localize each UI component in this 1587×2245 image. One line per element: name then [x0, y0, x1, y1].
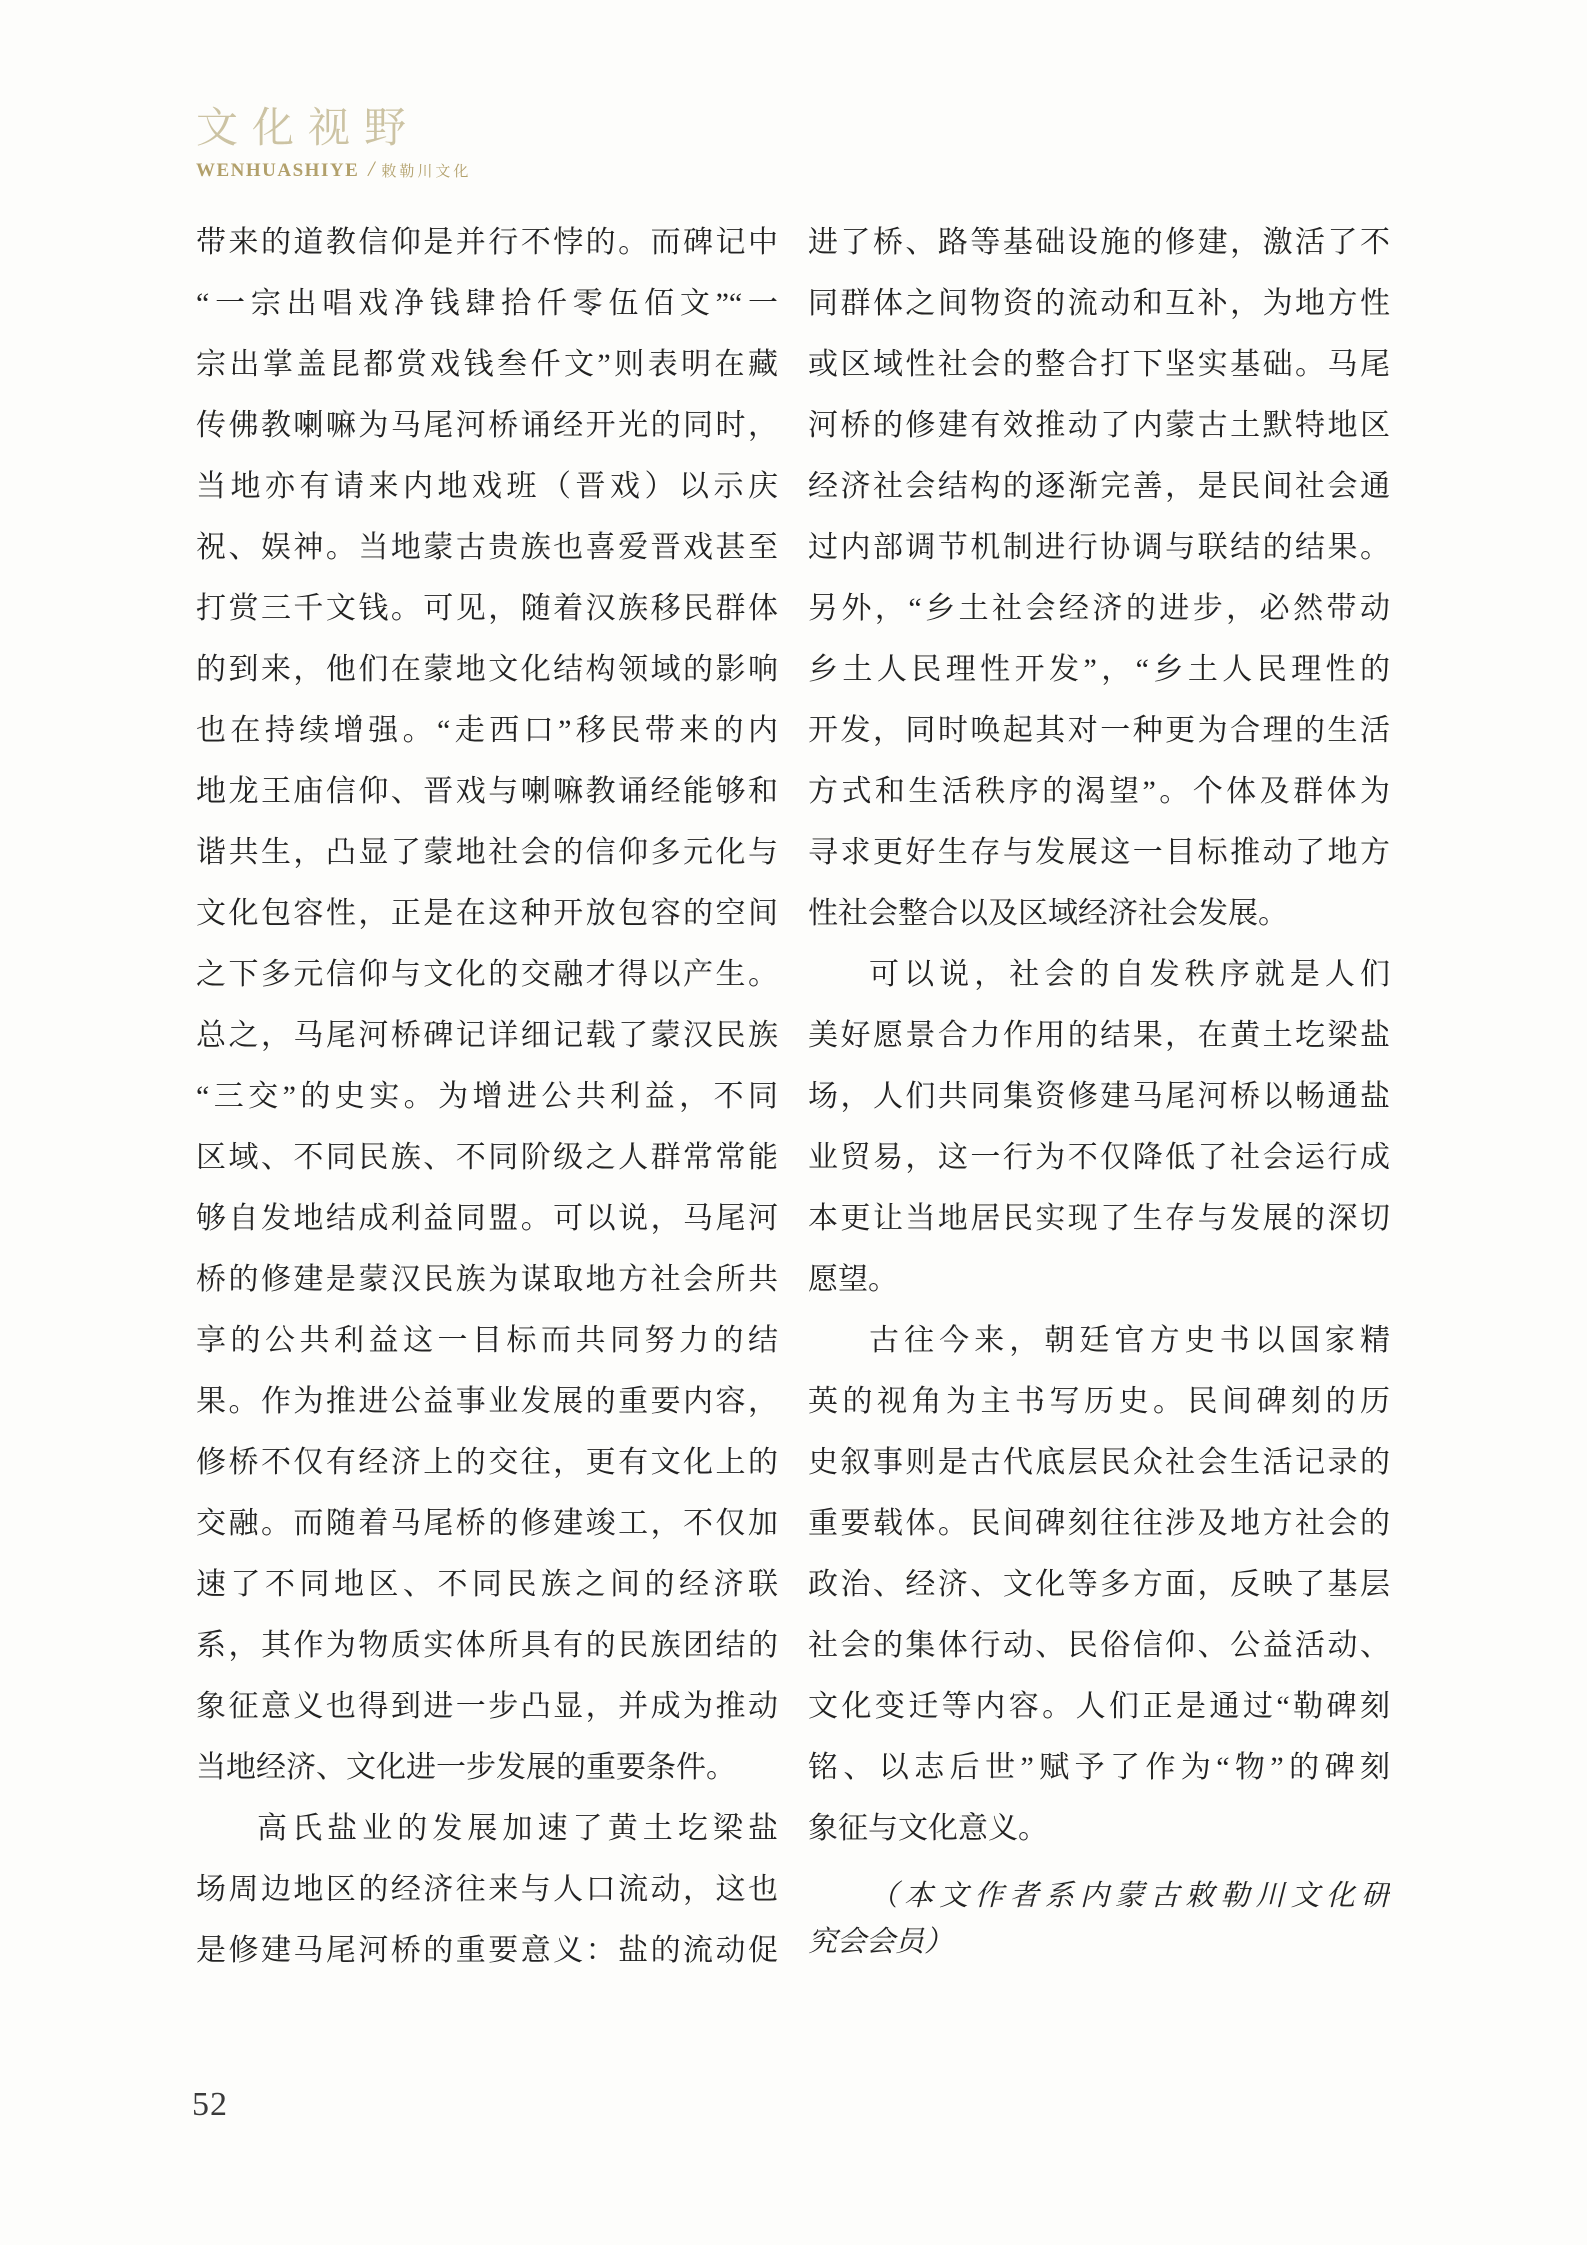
- text-line: 河桥的修建有效推动了内蒙古土默特地区: [808, 395, 1390, 456]
- text-line: 也在持续增强。“走西口”移民带来的内: [196, 700, 778, 761]
- text-line: 当地经济、文化进一步发展的重要条件。: [196, 1737, 778, 1798]
- text-line: 象征与文化意义。: [808, 1798, 1390, 1859]
- text-line: “一宗出唱戏净钱肆拾仟零伍佰文”“一: [196, 273, 778, 334]
- text-line: 祝、娱神。当地蒙古贵族也喜爱晋戏甚至: [196, 517, 778, 578]
- text-line: 铭、以志后世”赋予了作为“物”的碑刻: [808, 1737, 1390, 1798]
- text-line: 交融。而随着马尾桥的修建竣工，不仅加: [196, 1493, 778, 1554]
- text-line: 高氏盐业的发展加速了黄土圪梁盐: [196, 1798, 778, 1859]
- text-line: 系，其作为物质实体所具有的民族团结的: [196, 1615, 778, 1676]
- article-body: 带来的道教信仰是并行不悖的。而碑记中“一宗出唱戏净钱肆拾仟零伍佰文”“一宗出掌盖…: [196, 212, 1390, 1981]
- section-title: 文化视野: [196, 104, 471, 154]
- text-line: 谐共生，凸显了蒙地社会的信仰多元化与: [196, 822, 778, 883]
- text-line: 象征意义也得到进一步凸显，并成为推动: [196, 1676, 778, 1737]
- text-line: 地龙王庙信仰、晋戏与喇嘛教诵经能够和: [196, 761, 778, 822]
- text-line: 重要载体。民间碑刻往往涉及地方社会的: [808, 1493, 1390, 1554]
- text-line: 乡土人民理性开发”，“乡土人民理性的: [808, 639, 1390, 700]
- text-line: 社会的集体行动、民俗信仰、公益活动、: [808, 1615, 1390, 1676]
- text-line: 愿望。: [808, 1249, 1390, 1310]
- text-line: 总之，马尾河桥碑记详细记载了蒙汉民族: [196, 1005, 778, 1066]
- text-line: 区域、不同民族、不同阶级之人群常常能: [196, 1127, 778, 1188]
- text-column-right: 进了桥、路等基础设施的修建，激活了不同群体之间物资的流动和互补，为地方性或区域性…: [808, 212, 1390, 1981]
- text-line: 英的视角为主书写历史。民间碑刻的历: [808, 1371, 1390, 1432]
- text-line: 方式和生活秩序的渴望”。个体及群体为: [808, 761, 1390, 822]
- text-line: 场周边地区的经济往来与人口流动，这也: [196, 1859, 778, 1920]
- text-line: 享的公共利益这一目标而共同努力的结: [196, 1310, 778, 1371]
- text-line: 当地亦有请来内地戏班（晋戏）以示庆: [196, 456, 778, 517]
- text-line: “三交”的史实。为增进公共利益，不同: [196, 1066, 778, 1127]
- text-line: 带来的道教信仰是并行不悖的。而碑记中: [196, 212, 778, 273]
- subtitle-slash-separator: /: [368, 156, 374, 182]
- text-column-left: 带来的道教信仰是并行不悖的。而碑记中“一宗出唱戏净钱肆拾仟零伍佰文”“一宗出掌盖…: [196, 212, 778, 1981]
- text-line: 桥的修建是蒙汉民族为谋取地方社会所共: [196, 1249, 778, 1310]
- text-line: 进了桥、路等基础设施的修建，激活了不: [808, 212, 1390, 273]
- section-subtitle-latin: WENHUASHIYE: [196, 160, 359, 182]
- text-line: 业贸易，这一行为不仅降低了社会运行成: [808, 1127, 1390, 1188]
- section-header: 文化视野 WENHUASHIYE / 敕勒川文化: [196, 104, 471, 182]
- text-line: 文化变迁等内容。人们正是通过“勒碑刻: [808, 1676, 1390, 1737]
- author-note-line: 究会会员）: [808, 1919, 1390, 1965]
- text-line: 的到来，他们在蒙地文化结构领域的影响: [196, 639, 778, 700]
- text-line: 另外，“乡土社会经济的进步，必然带动: [808, 578, 1390, 639]
- text-line: 本更让当地居民实现了生存与发展的深切: [808, 1188, 1390, 1249]
- magazine-page: 文化视野 WENHUASHIYE / 敕勒川文化 带来的道教信仰是并行不悖的。而…: [0, 0, 1587, 2245]
- text-line: 同群体之间物资的流动和互补，为地方性: [808, 273, 1390, 334]
- text-line: 寻求更好生存与发展这一目标推动了地方: [808, 822, 1390, 883]
- text-line: 修桥不仅有经济上的交往，更有文化上的: [196, 1432, 778, 1493]
- text-line: 可以说，社会的自发秩序就是人们: [808, 944, 1390, 1005]
- text-line: 政治、经济、文化等多方面，反映了基层: [808, 1554, 1390, 1615]
- text-line: 之下多元信仰与文化的交融才得以产生。: [196, 944, 778, 1005]
- text-line: 是修建马尾河桥的重要意义：盐的流动促: [196, 1920, 778, 1981]
- text-line: 古往今来，朝廷官方史书以国家精: [808, 1310, 1390, 1371]
- text-line: 果。作为推进公益事业发展的重要内容，: [196, 1371, 778, 1432]
- text-line: 传佛教喇嘛为马尾河桥诵经开光的同时，: [196, 395, 778, 456]
- text-line: 或区域性社会的整合打下坚实基础。马尾: [808, 334, 1390, 395]
- text-line: 经济社会结构的逐渐完善，是民间社会通: [808, 456, 1390, 517]
- text-line: 够自发地结成利益同盟。可以说，马尾河: [196, 1188, 778, 1249]
- author-note-line: （本文作者系内蒙古敕勒川文化研: [808, 1873, 1390, 1919]
- text-line: 速了不同地区、不同民族之间的经济联: [196, 1554, 778, 1615]
- text-line: 性社会整合以及区域经济社会发展。: [808, 883, 1390, 944]
- text-line: 过内部调节机制进行协调与联结的结果。: [808, 517, 1390, 578]
- text-line: 开发，同时唤起其对一种更为合理的生活: [808, 700, 1390, 761]
- text-line: 场，人们共同集资修建马尾河桥以畅通盐: [808, 1066, 1390, 1127]
- text-line: 史叙事则是古代底层民众社会生活记录的: [808, 1432, 1390, 1493]
- text-line: 美好愿景合力作用的结果，在黄土圪梁盐: [808, 1005, 1390, 1066]
- section-subtitle: WENHUASHIYE / 敕勒川文化: [196, 156, 471, 182]
- section-subtitle-chinese: 敕勒川文化: [381, 160, 471, 181]
- text-line: 宗出掌盖昆都赏戏钱叁仟文”则表明在藏: [196, 334, 778, 395]
- text-line: 打赏三千文钱。可见，随着汉族移民群体: [196, 578, 778, 639]
- page-number: 52: [192, 2086, 228, 2124]
- text-line: 文化包容性，正是在这种开放包容的空间: [196, 883, 778, 944]
